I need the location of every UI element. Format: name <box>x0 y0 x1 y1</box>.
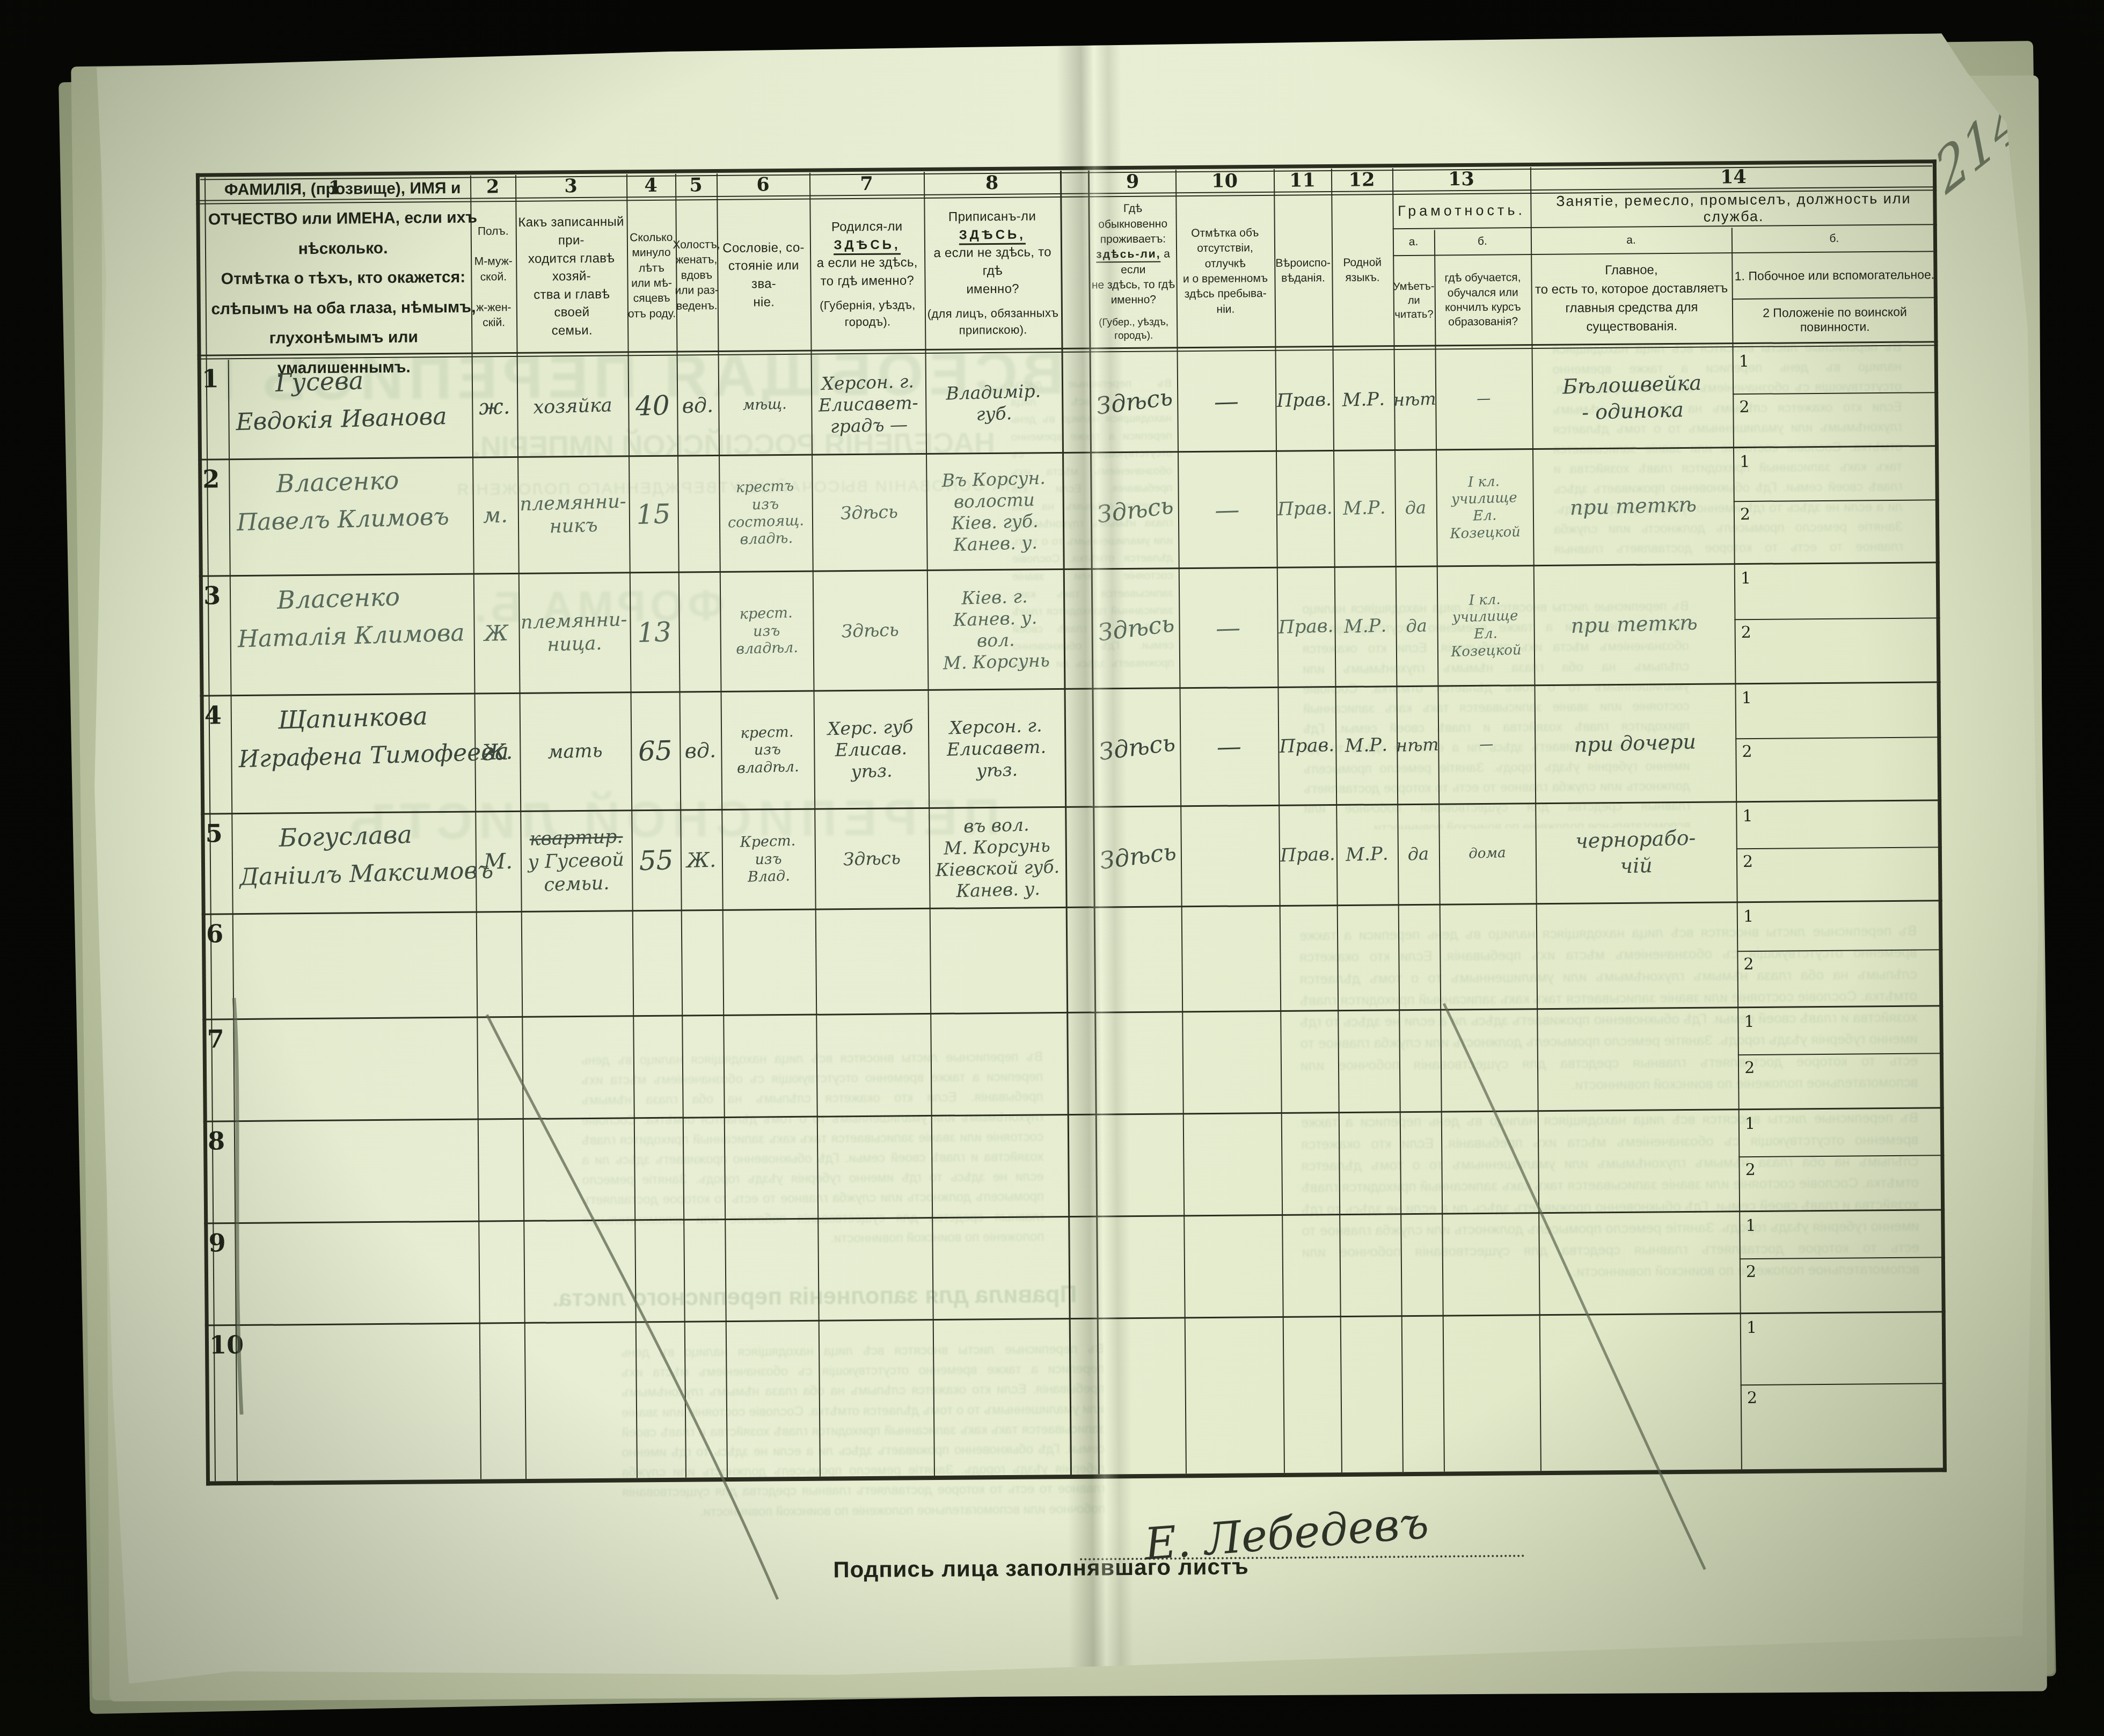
census-form-page: ВСЕОБЩАЯ ПЕРЕПИСЬ НАСЕЛ НАСЕЛЕНІЯ РОССІЙ… <box>85 33 2046 1690</box>
pencil-vertical-left <box>234 998 242 1414</box>
photo-stage: ВСЕОБЩАЯ ПЕРЕПИСЬ НАСЕЛ НАСЕЛЕНІЯ РОССІЙ… <box>0 0 2104 1736</box>
pencil-diagonal-left <box>487 1012 778 1601</box>
page-fold-shadow <box>1056 40 1134 1683</box>
pencil-diagonal-right <box>1444 1002 1705 1572</box>
